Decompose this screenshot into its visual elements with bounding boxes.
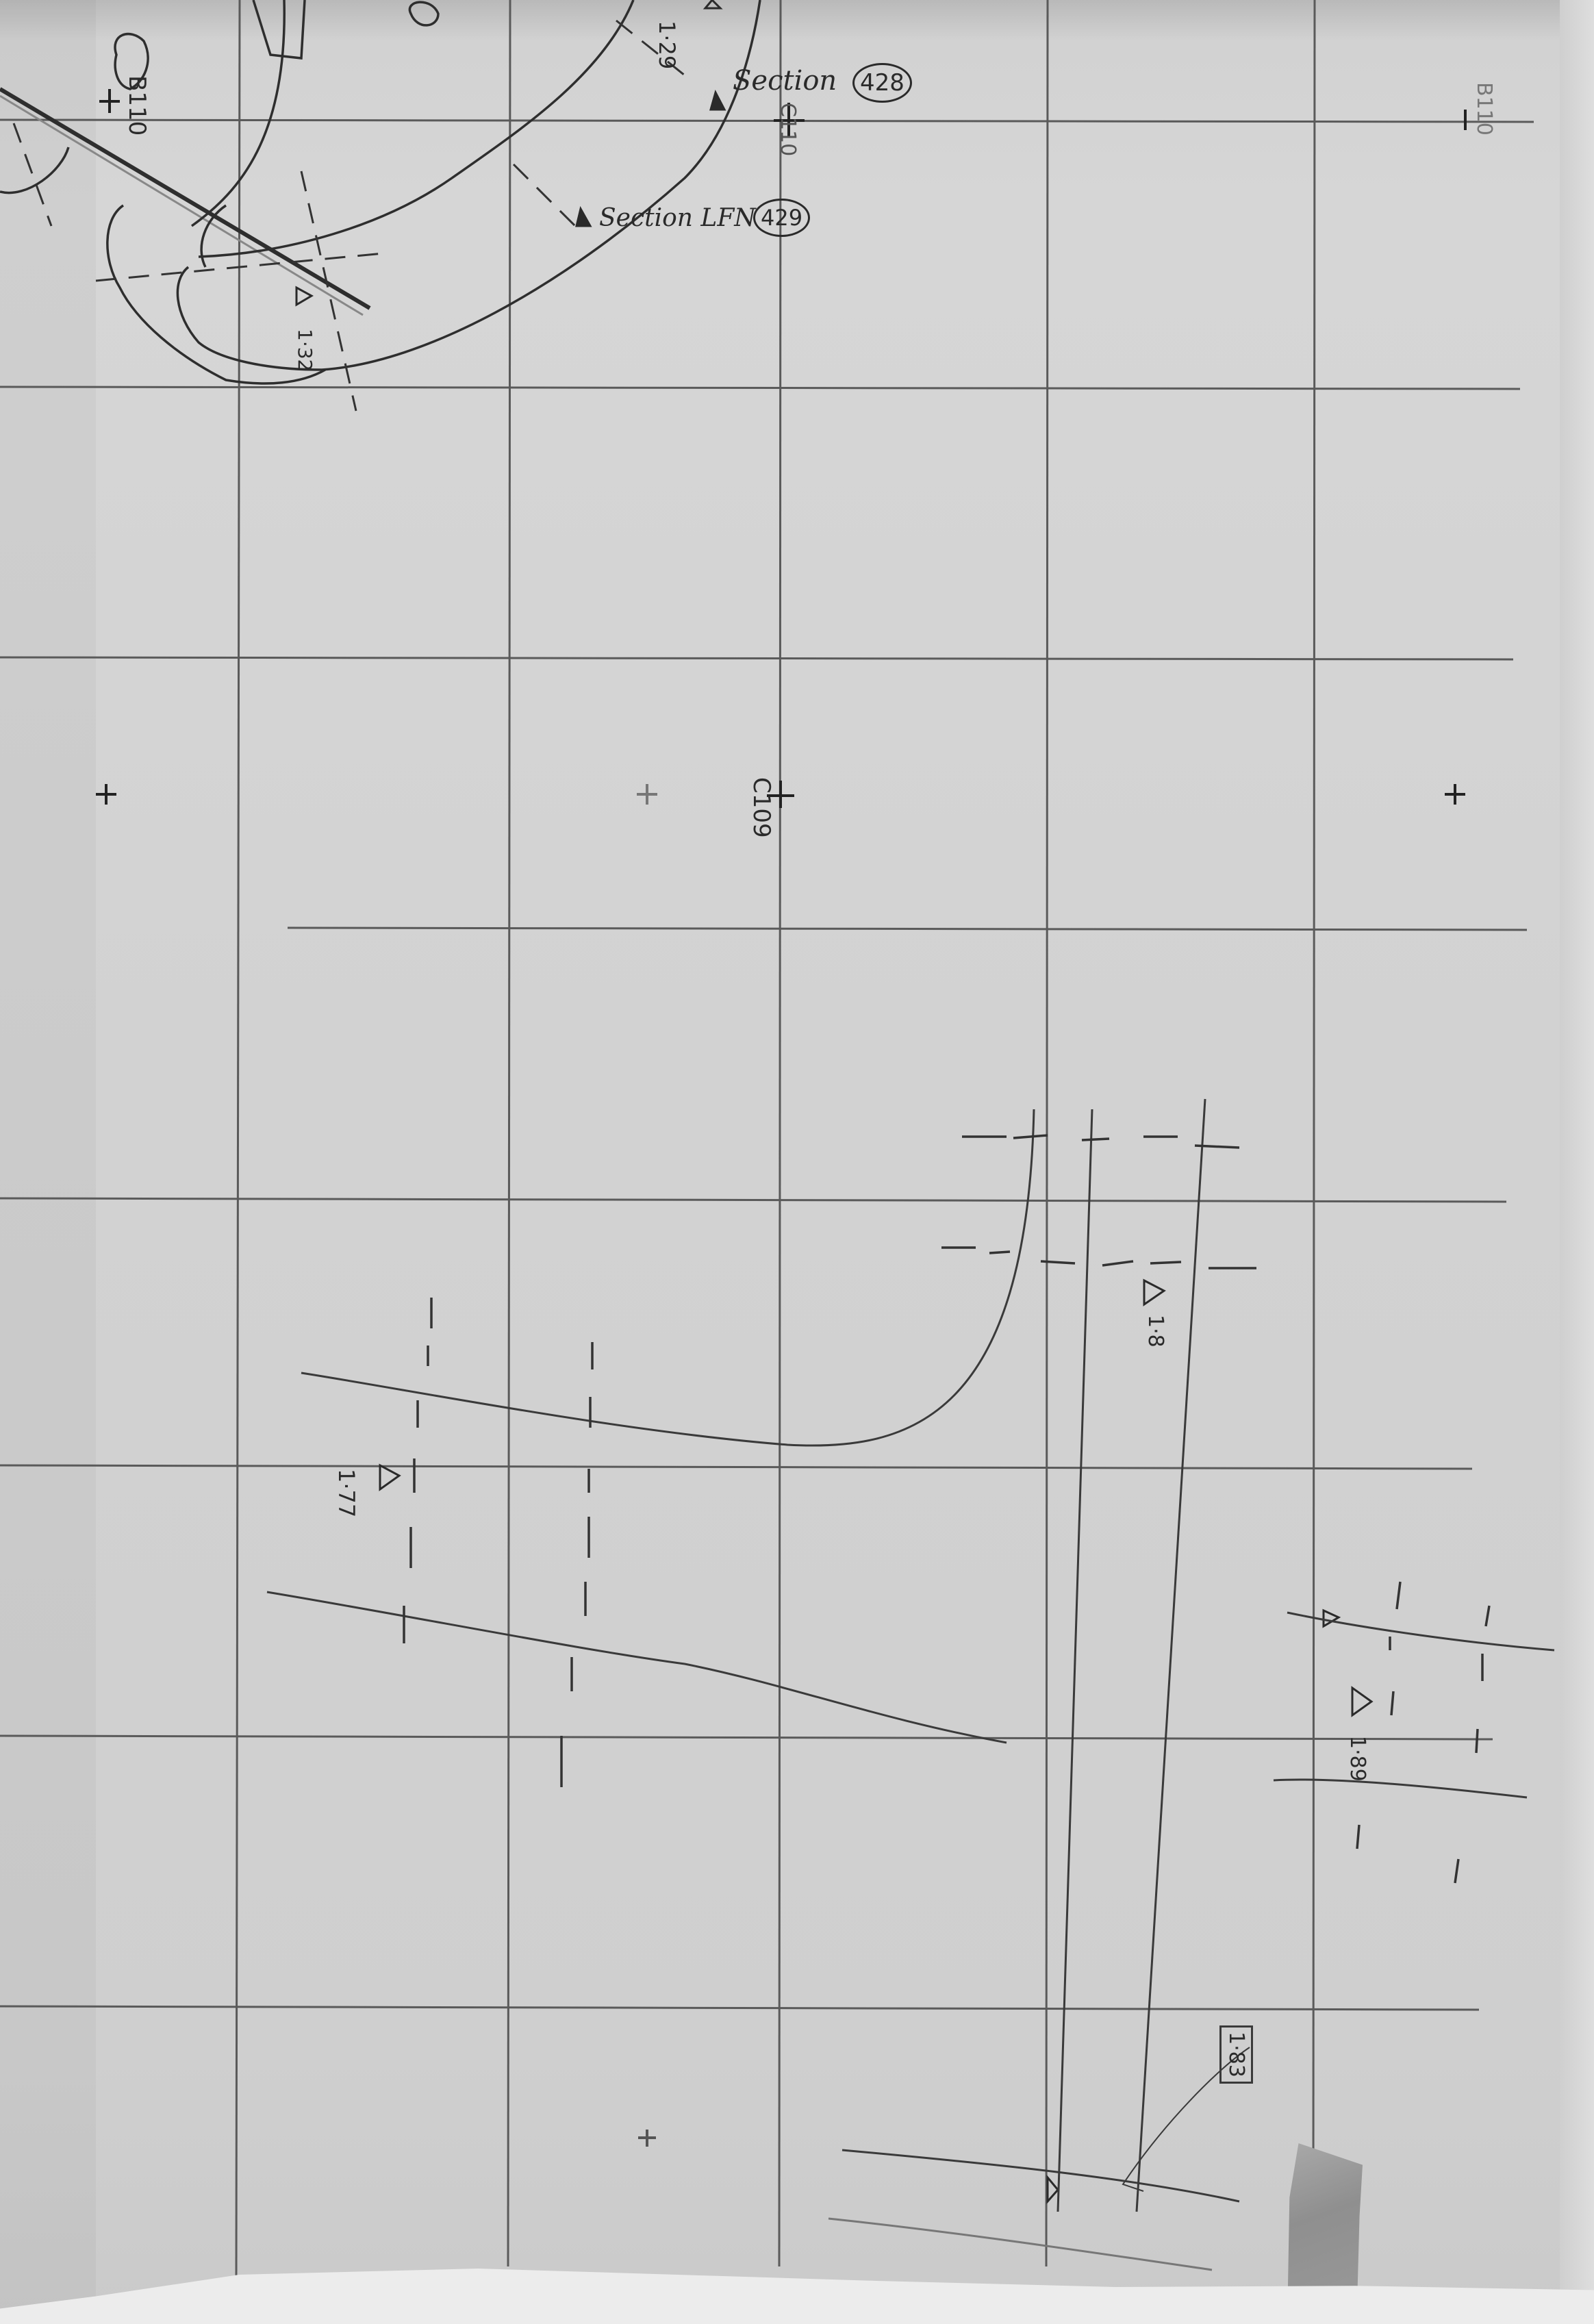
section-429-number: 429	[753, 199, 810, 237]
level-1-77: 1·77	[333, 1469, 359, 1517]
feature-outlines-top	[0, 0, 760, 383]
dashed-section-ticks	[404, 1135, 1489, 1883]
level-1-32: 1·32	[294, 329, 316, 371]
grid-label-c109: C109	[748, 777, 775, 838]
section-429-label: Section LFN	[599, 204, 756, 232]
survey-grid	[0, 0, 1534, 2280]
grid-label-c110: C110	[776, 103, 800, 156]
level-1-8: 1·8	[1143, 1315, 1167, 1348]
level-1-83-boxed: 1·83	[1219, 2025, 1253, 2084]
drawing-sheet: B110 C110 B110 C109 Section 428 Section …	[0, 0, 1594, 2324]
section-428-number: 428	[852, 63, 912, 103]
level-1-29: 1·29	[654, 21, 680, 69]
pencil-drawing	[0, 0, 1594, 2324]
section-428-label: Section	[733, 65, 837, 97]
channel-lines-lower	[267, 1099, 1554, 2270]
grid-label-b110-left: B110	[123, 75, 151, 136]
level-1-89: 1·89	[1345, 1736, 1369, 1782]
grid-label-b110: B110	[1472, 82, 1496, 136]
